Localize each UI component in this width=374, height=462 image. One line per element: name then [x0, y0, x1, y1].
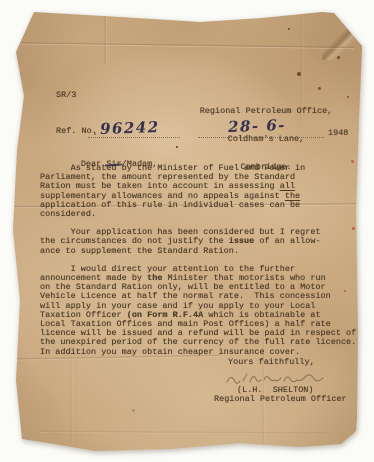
stain [351, 160, 354, 163]
form-code: SR/3 [56, 91, 76, 100]
crease [104, 12, 107, 64]
stain [176, 146, 178, 148]
paragraph: I would direct your attention to the fur… [40, 265, 356, 357]
body-line: In addition you may obtain cheaper insur… [40, 348, 356, 357]
body-line: considered. [40, 210, 356, 219]
date-handwritten: 28- 6- [228, 116, 287, 136]
address-line: Regional Petroleum Office, [190, 107, 342, 116]
paragraph: As stated by the Minister of Fuel and Po… [40, 164, 356, 219]
folded-corner [322, 8, 370, 60]
stain [347, 96, 349, 98]
stain [132, 409, 135, 412]
closing: Yours faithfully, [228, 358, 315, 367]
stain [337, 56, 340, 59]
text-segment: ance to supplement the Standard Ration. [40, 246, 239, 256]
paragraph: Your application has been considered but… [40, 228, 356, 256]
letter-paper-wrap: SR/3 Regional Petroleum Office, Coldham'… [0, 0, 374, 462]
date-year: 1948 [328, 129, 348, 138]
text-segment: considered. [40, 209, 96, 219]
text-segment: In addition you may obtain cheaper insur… [40, 347, 300, 357]
letter-paper: SR/3 Regional Petroleum Office, Coldham'… [0, 0, 374, 462]
stain [297, 72, 301, 76]
stain [288, 28, 290, 30]
body-line: ance to supplement the Standard Ration. [40, 247, 356, 256]
letter-body: As stated by the Minister of Fuel and Po… [40, 164, 356, 366]
signatory-title: Regional Petroleum Officer [214, 395, 347, 404]
photo-background: SR/3 Regional Petroleum Office, Coldham'… [0, 0, 374, 462]
ref-number-handwritten: 96242 [100, 118, 160, 138]
text-segment: of an allow- [254, 236, 320, 246]
